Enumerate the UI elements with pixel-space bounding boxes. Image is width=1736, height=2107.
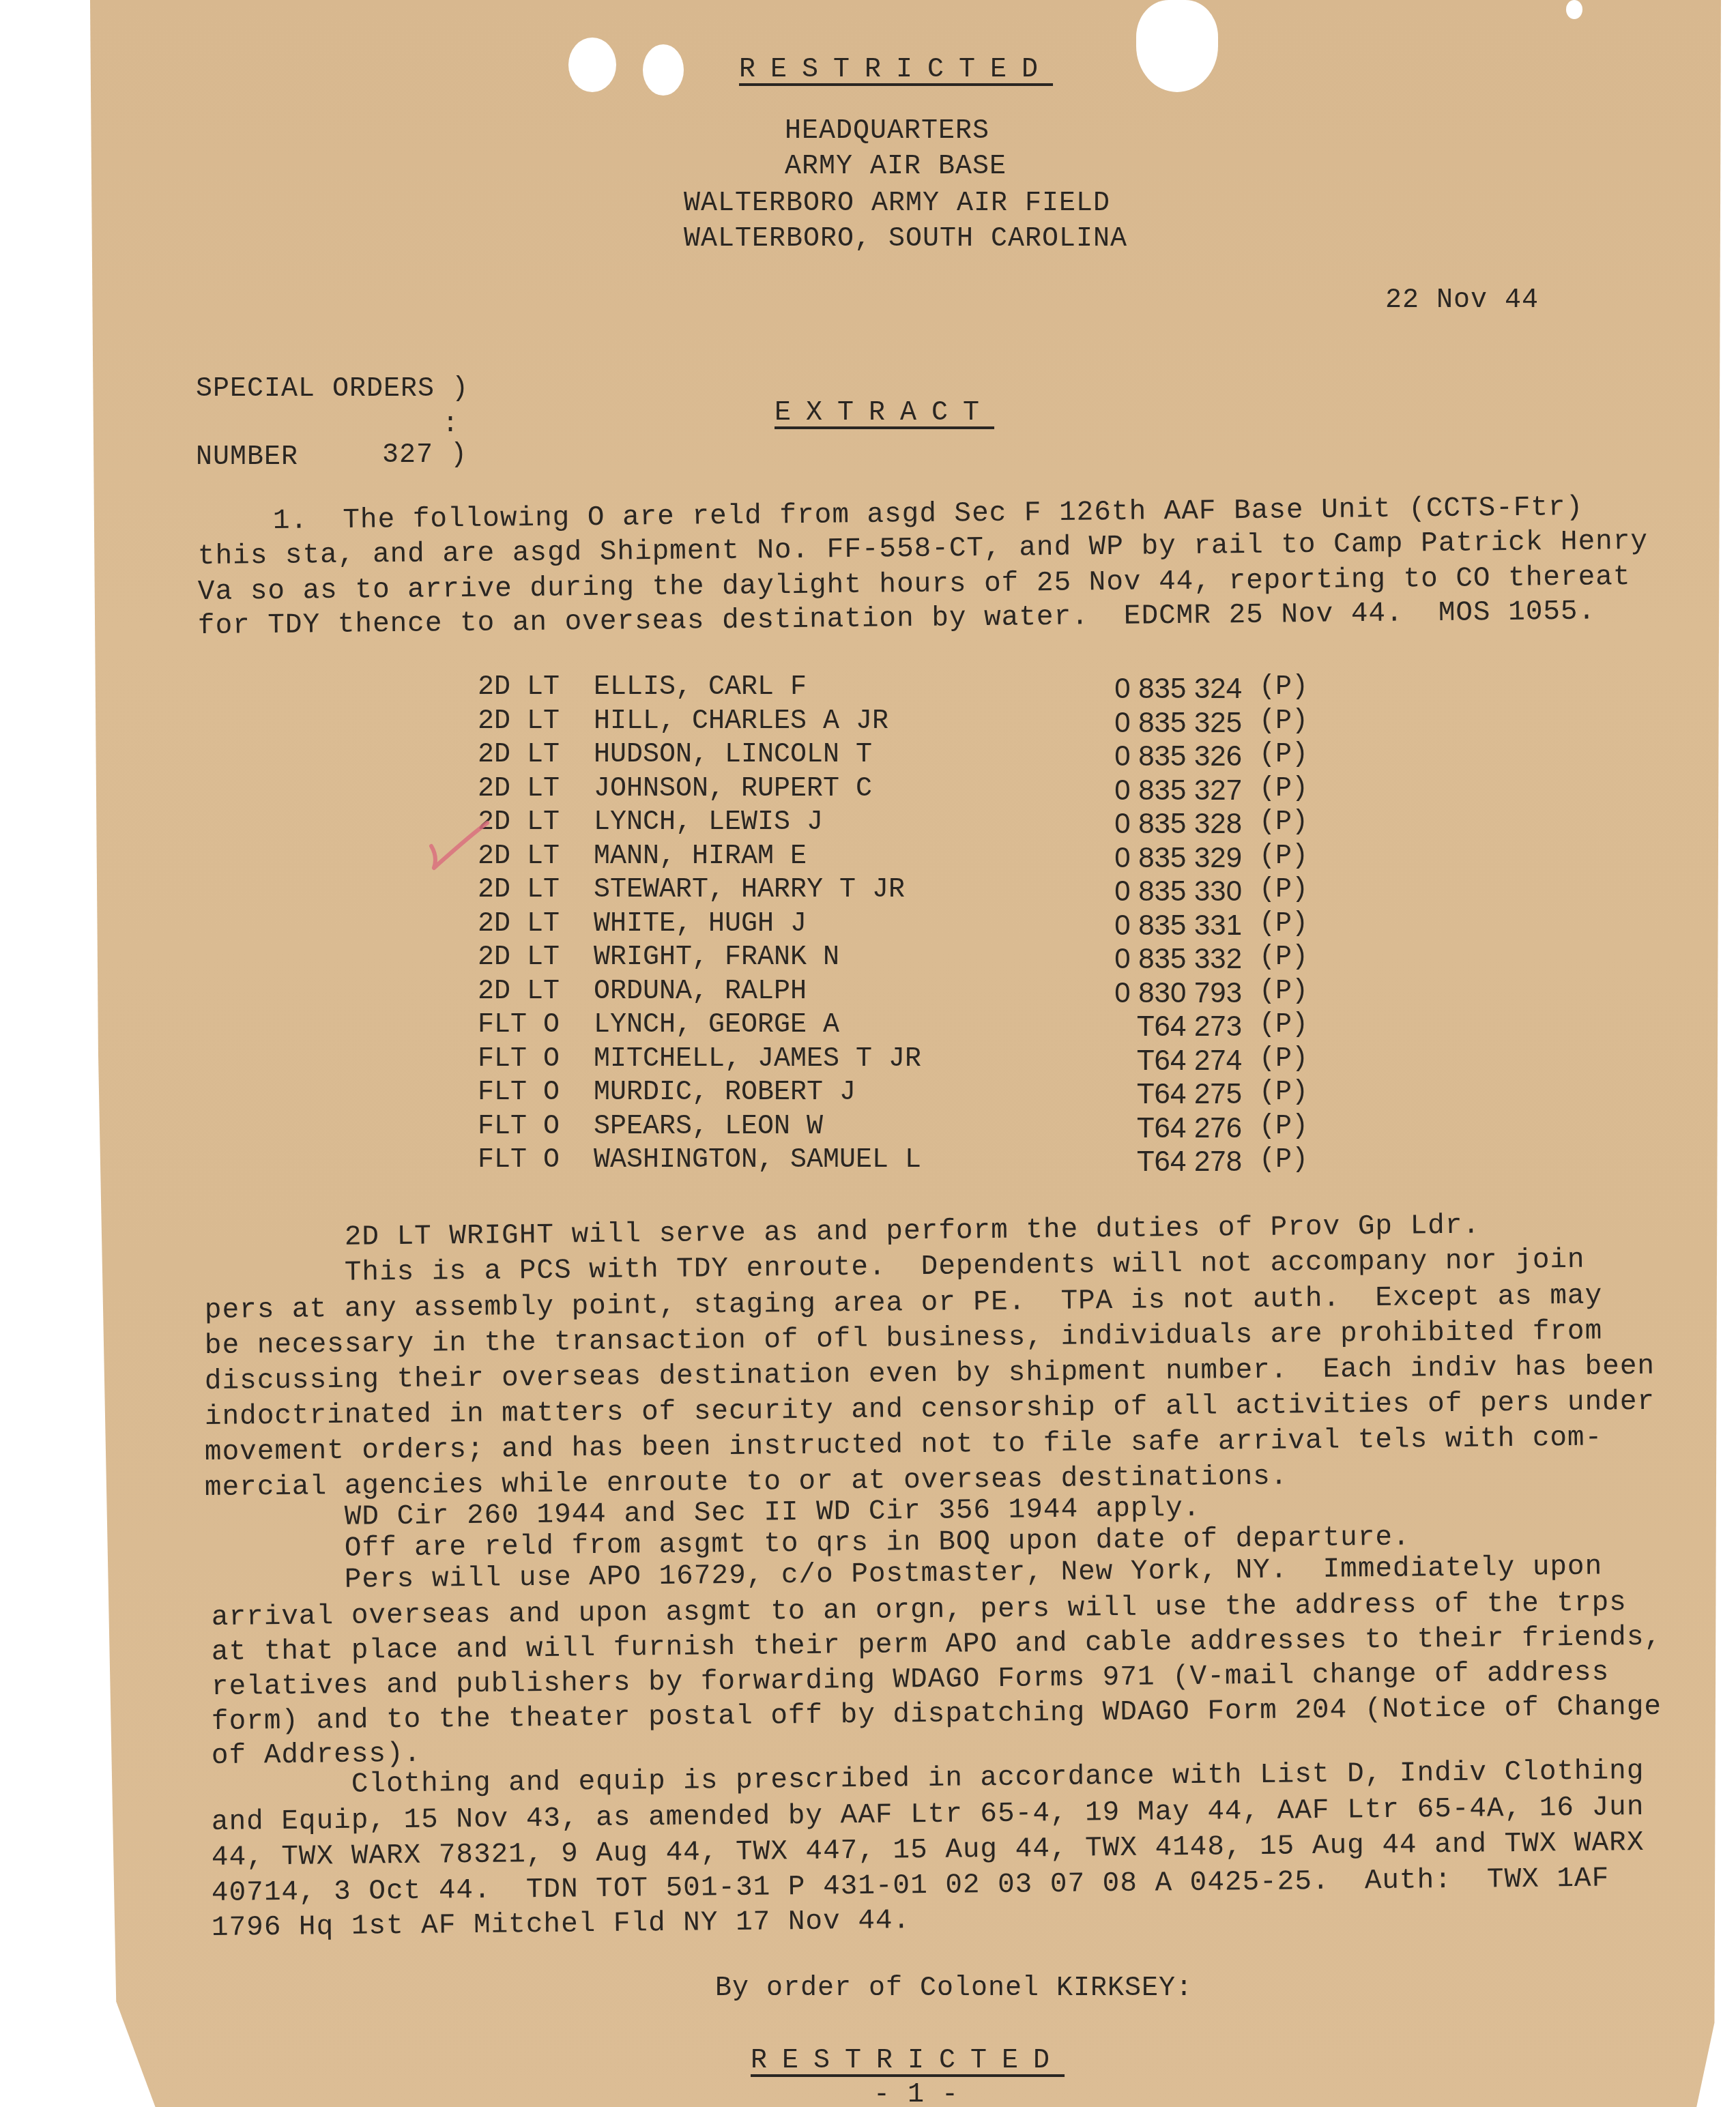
order-date: 22 Nov 44 bbox=[1385, 285, 1539, 316]
rank: 2D LT bbox=[478, 909, 594, 940]
officer-name: WHITE, HUGH J bbox=[594, 909, 807, 940]
serial-number: 0 835 330 bbox=[1065, 875, 1242, 907]
status-code: (P) bbox=[1259, 841, 1308, 872]
serial-number: 0 835 331 bbox=[1065, 909, 1242, 942]
serial-number: 0 835 324 bbox=[1065, 672, 1242, 705]
rank: 2D LT bbox=[478, 740, 594, 770]
serial-number: T64 273 bbox=[1065, 1010, 1242, 1043]
serial-number: 0 835 328 bbox=[1065, 807, 1242, 840]
status-code: (P) bbox=[1259, 706, 1308, 737]
officer-name: WASHINGTON, SAMUEL L bbox=[594, 1145, 921, 1176]
status-code: (P) bbox=[1259, 1044, 1308, 1075]
serial-number: 0 835 329 bbox=[1065, 841, 1242, 874]
officer-name: WRIGHT, FRANK N bbox=[594, 942, 839, 973]
org-line-location: WALTERBORO, SOUTH CAROLINA bbox=[684, 224, 1127, 255]
officer-name: STEWART, HARRY T JR bbox=[594, 875, 905, 905]
status-code: (P) bbox=[1259, 1145, 1308, 1176]
rank: FLT O bbox=[478, 1077, 594, 1108]
classification-top: RESTRICTED bbox=[739, 55, 1053, 85]
serial-number: T64 274 bbox=[1065, 1044, 1242, 1077]
rank: 2D LT bbox=[478, 774, 594, 804]
signature-line: By order of Colonel KIRKSEY: bbox=[715, 1973, 1193, 2004]
status-code: (P) bbox=[1259, 976, 1308, 1007]
rank: FLT O bbox=[478, 1044, 594, 1075]
officer-name: MURDIC, ROBERT J bbox=[594, 1077, 856, 1108]
org-line-field: WALTERBORO ARMY AIR FIELD bbox=[684, 188, 1110, 219]
officer-name: ELLIS, CARL F bbox=[594, 672, 807, 703]
status-code: (P) bbox=[1259, 740, 1308, 770]
rank: 2D LT bbox=[478, 976, 594, 1007]
serial-number: 0 835 325 bbox=[1065, 706, 1242, 739]
serial-number: T64 276 bbox=[1065, 1111, 1242, 1144]
status-code: (P) bbox=[1259, 875, 1308, 905]
rank: FLT O bbox=[478, 1145, 594, 1176]
officer-name: SPEARS, LEON W bbox=[594, 1111, 823, 1142]
status-code: (P) bbox=[1259, 1077, 1308, 1108]
status-code: (P) bbox=[1259, 807, 1308, 838]
check-mark-icon bbox=[429, 819, 490, 873]
officer-name: LYNCH, LEWIS J bbox=[594, 807, 823, 838]
rank: FLT O bbox=[478, 1111, 594, 1142]
serial-number: T64 278 bbox=[1065, 1145, 1242, 1178]
serial-number: 0 835 326 bbox=[1065, 740, 1242, 772]
body-line: 1796 Hq 1st AF Mitchel Fld NY 17 Nov 44. bbox=[212, 1903, 911, 1946]
serial-number: T64 275 bbox=[1065, 1077, 1242, 1110]
officer-name: LYNCH, GEORGE A bbox=[594, 1010, 839, 1041]
serial-number: 0 835 332 bbox=[1065, 942, 1242, 975]
rank: 2D LT bbox=[478, 807, 594, 838]
serial-number: 0 830 793 bbox=[1065, 976, 1242, 1009]
hole-punch bbox=[643, 44, 684, 96]
rank: 2D LT bbox=[478, 875, 594, 905]
hole-punch bbox=[1136, 0, 1218, 92]
officer-name: JOHNSON, RUPERT C bbox=[594, 774, 872, 804]
rank: 2D LT bbox=[478, 942, 594, 973]
page-number: - 1 - bbox=[873, 2080, 959, 2107]
officer-name: MITCHELL, JAMES T JR bbox=[594, 1044, 921, 1075]
hole-punch bbox=[1566, 0, 1582, 19]
status-code: (P) bbox=[1259, 1111, 1308, 1142]
status-code: (P) bbox=[1259, 942, 1308, 973]
status-code: (P) bbox=[1259, 1010, 1308, 1041]
status-code: (P) bbox=[1259, 909, 1308, 940]
rank: 2D LT bbox=[478, 672, 594, 703]
rank: FLT O bbox=[478, 1010, 594, 1041]
number-label: NUMBER bbox=[196, 442, 298, 473]
officer-name: MANN, HIRAM E bbox=[594, 841, 807, 872]
officer-name: ORDUNA, RALPH bbox=[594, 976, 807, 1007]
special-orders-label: SPECIAL ORDERS ) bbox=[196, 374, 469, 405]
rank: 2D LT bbox=[478, 706, 594, 737]
status-code: (P) bbox=[1259, 774, 1308, 804]
serial-number: 0 835 327 bbox=[1065, 774, 1242, 807]
org-line-headquarters: HEADQUARTERS bbox=[785, 116, 989, 147]
classification-bottom: RESTRICTED bbox=[751, 2046, 1065, 2076]
officer-name: HILL, CHARLES A JR bbox=[594, 706, 888, 737]
number-value: 327 ) bbox=[382, 440, 467, 471]
officer-name: HUDSON, LINCOLN T bbox=[594, 740, 872, 770]
hole-punch bbox=[568, 38, 616, 92]
rank: 2D LT bbox=[478, 841, 594, 872]
extract-heading: EXTRACT bbox=[775, 398, 994, 428]
org-line-base: ARMY AIR BASE bbox=[785, 151, 1007, 182]
status-code: (P) bbox=[1259, 672, 1308, 703]
orders-colon: : bbox=[442, 409, 459, 440]
